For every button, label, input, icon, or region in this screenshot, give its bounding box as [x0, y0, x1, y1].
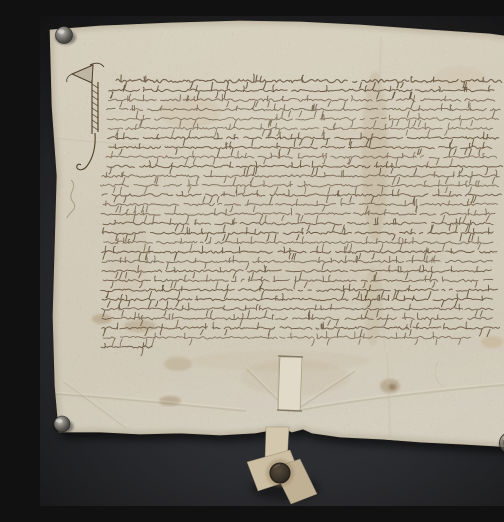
parchment-scene — [40, 16, 504, 506]
charter-photograph — [40, 16, 504, 506]
tag-strip — [277, 356, 303, 411]
wax-seal — [266, 459, 294, 487]
